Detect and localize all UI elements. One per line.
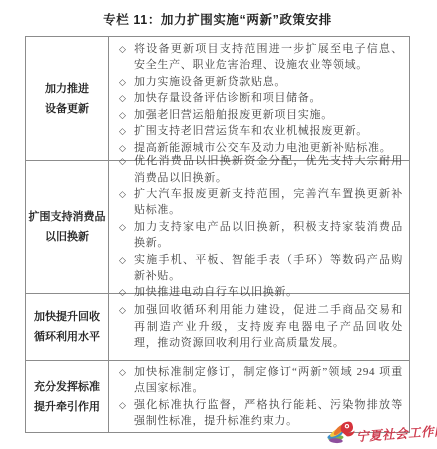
table-row: 加力推进 设备更新 ◇ 将设备更新项目支持范围进一步扩展至电子信息、安全生产、职… xyxy=(26,37,409,160)
diamond-bullet-icon: ◇ xyxy=(117,123,134,139)
table-row: 充分发挥标准 提升牵引作用 ◇ 加快标准制定修订，制定修订“两新”领域 294 … xyxy=(26,360,409,432)
list-item: ◇ 将设备更新项目支持范围进一步扩展至电子信息、安全生产、职业危害治理、设施农业… xyxy=(117,41,403,74)
row-content: ◇ 加强回收循环利用能力建设，促进二手商品交易和再制造产业升级，支持废弃电器电子… xyxy=(109,294,409,360)
diamond-bullet-icon: ◇ xyxy=(117,219,134,235)
list-item-text: 加快标准制定修订，制定修订“两新”领域 294 项重点国家标准。 xyxy=(134,364,403,397)
row-header: 加力推进 设备更新 xyxy=(26,37,109,160)
list-item: ◇ 优化消费品以旧换新资金分配，优先支持大宗耐用消费品以旧换新。 xyxy=(117,153,403,186)
row-header-line: 加快提升回收 xyxy=(34,307,100,327)
diamond-bullet-icon: ◇ xyxy=(117,107,134,123)
row-header-line: 加力推进 xyxy=(45,79,89,99)
row-content: ◇ 将设备更新项目支持范围进一步扩展至电子信息、安全生产、职业危害治理、设施农业… xyxy=(109,37,409,160)
list-item: ◇ 扩大汽车报废更新支持范围，完善汽车置换更新补贴标准。 xyxy=(117,186,403,219)
row-content: ◇ 加快标准制定修订，制定修订“两新”领域 294 项重点国家标准。 ◇ 强化标… xyxy=(109,361,409,432)
list-item: ◇ 加力实施设备更新贷款贴息。 xyxy=(117,74,403,90)
list-item: ◇ 加强老旧营运船舶报废更新项目实施。 xyxy=(117,107,403,123)
list-item-text: 加力支持家电产品以旧换新，积极支持家装消费品换新。 xyxy=(134,219,403,252)
list-item: ◇ 加快存量设备评估诊断和项目储备。 xyxy=(117,90,403,106)
list-item-text: 优化消费品以旧换新资金分配，优先支持大宗耐用消费品以旧换新。 xyxy=(134,153,403,186)
row-header: 加快提升回收 循环利用水平 xyxy=(26,294,109,360)
row-header-line: 提升牵引作用 xyxy=(34,397,100,417)
list-item-text: 加快存量设备评估诊断和项目储备。 xyxy=(134,90,403,106)
row-header-line: 设备更新 xyxy=(45,99,89,119)
list-item: ◇ 加力支持家电产品以旧换新，积极支持家装消费品换新。 xyxy=(117,219,403,252)
policy-table: 加力推进 设备更新 ◇ 将设备更新项目支持范围进一步扩展至电子信息、安全生产、职… xyxy=(25,36,410,433)
diamond-bullet-icon: ◇ xyxy=(117,252,134,268)
row-header-line: 扩围支持消费品 xyxy=(29,207,106,227)
diamond-bullet-icon: ◇ xyxy=(117,153,134,169)
page-title: 专栏 11：加力扩围实施“两新”政策安排 xyxy=(25,10,410,28)
list-item-text: 加力实施设备更新贷款贴息。 xyxy=(134,74,403,90)
diamond-bullet-icon: ◇ xyxy=(117,186,134,202)
list-item: ◇ 加快标准制定修订，制定修订“两新”领域 294 项重点国家标准。 xyxy=(117,364,403,397)
list-item: ◇ 扩围支持老旧营运货车和农业机械报废更新。 xyxy=(117,123,403,139)
list-item-text: 加强回收循环利用能力建设，促进二手商品交易和再制造产业升级，支持废弃电器电子产品… xyxy=(134,302,403,351)
list-item: ◇ 加强回收循环利用能力建设，促进二手商品交易和再制造产业升级，支持废弃电器电子… xyxy=(117,302,403,351)
list-item-text: 实施手机、平板、智能手表（手环）等数码产品购新补贴。 xyxy=(134,252,403,285)
list-item-text: 将设备更新项目支持范围进一步扩展至电子信息、安全生产、职业危害治理、设施农业等领… xyxy=(134,41,403,74)
diamond-bullet-icon: ◇ xyxy=(117,397,134,413)
list-item-text: 加强老旧营运船舶报废更新项目实施。 xyxy=(134,107,403,123)
list-item-text: 扩大汽车报废更新支持范围，完善汽车置换更新补贴标准。 xyxy=(134,186,403,219)
row-header-line: 充分发挥标准 xyxy=(34,377,100,397)
table-row: 加快提升回收 循环利用水平 ◇ 加强回收循环利用能力建设，促进二手商品交易和再制… xyxy=(26,293,409,360)
diamond-bullet-icon: ◇ xyxy=(117,364,134,380)
row-header-line: 循环利用水平 xyxy=(34,327,100,347)
list-item-text: 强化标准执行监督，严格执行能耗、污染物排放等强制性标准，提升标准约束力。 xyxy=(134,397,403,430)
list-item: ◇ 强化标准执行监督，严格执行能耗、污染物排放等强制性标准，提升标准约束力。 xyxy=(117,397,403,430)
row-header: 充分发挥标准 提升牵引作用 xyxy=(26,361,109,432)
row-content: ◇ 优化消费品以旧换新资金分配，优先支持大宗耐用消费品以旧换新。 ◇ 扩大汽车报… xyxy=(109,161,409,293)
row-header: 扩围支持消费品 以旧换新 xyxy=(26,161,109,293)
diamond-bullet-icon: ◇ xyxy=(117,302,134,318)
table-row: 扩围支持消费品 以旧换新 ◇ 优化消费品以旧换新资金分配，优先支持大宗耐用消费品… xyxy=(26,160,409,293)
diamond-bullet-icon: ◇ xyxy=(117,41,134,57)
list-item-text: 扩围支持老旧营运货车和农业机械报废更新。 xyxy=(134,123,403,139)
diamond-bullet-icon: ◇ xyxy=(117,90,134,106)
row-header-line: 以旧换新 xyxy=(45,227,89,247)
list-item: ◇ 实施手机、平板、智能手表（手环）等数码产品购新补贴。 xyxy=(117,252,403,285)
diamond-bullet-icon: ◇ xyxy=(117,74,134,90)
